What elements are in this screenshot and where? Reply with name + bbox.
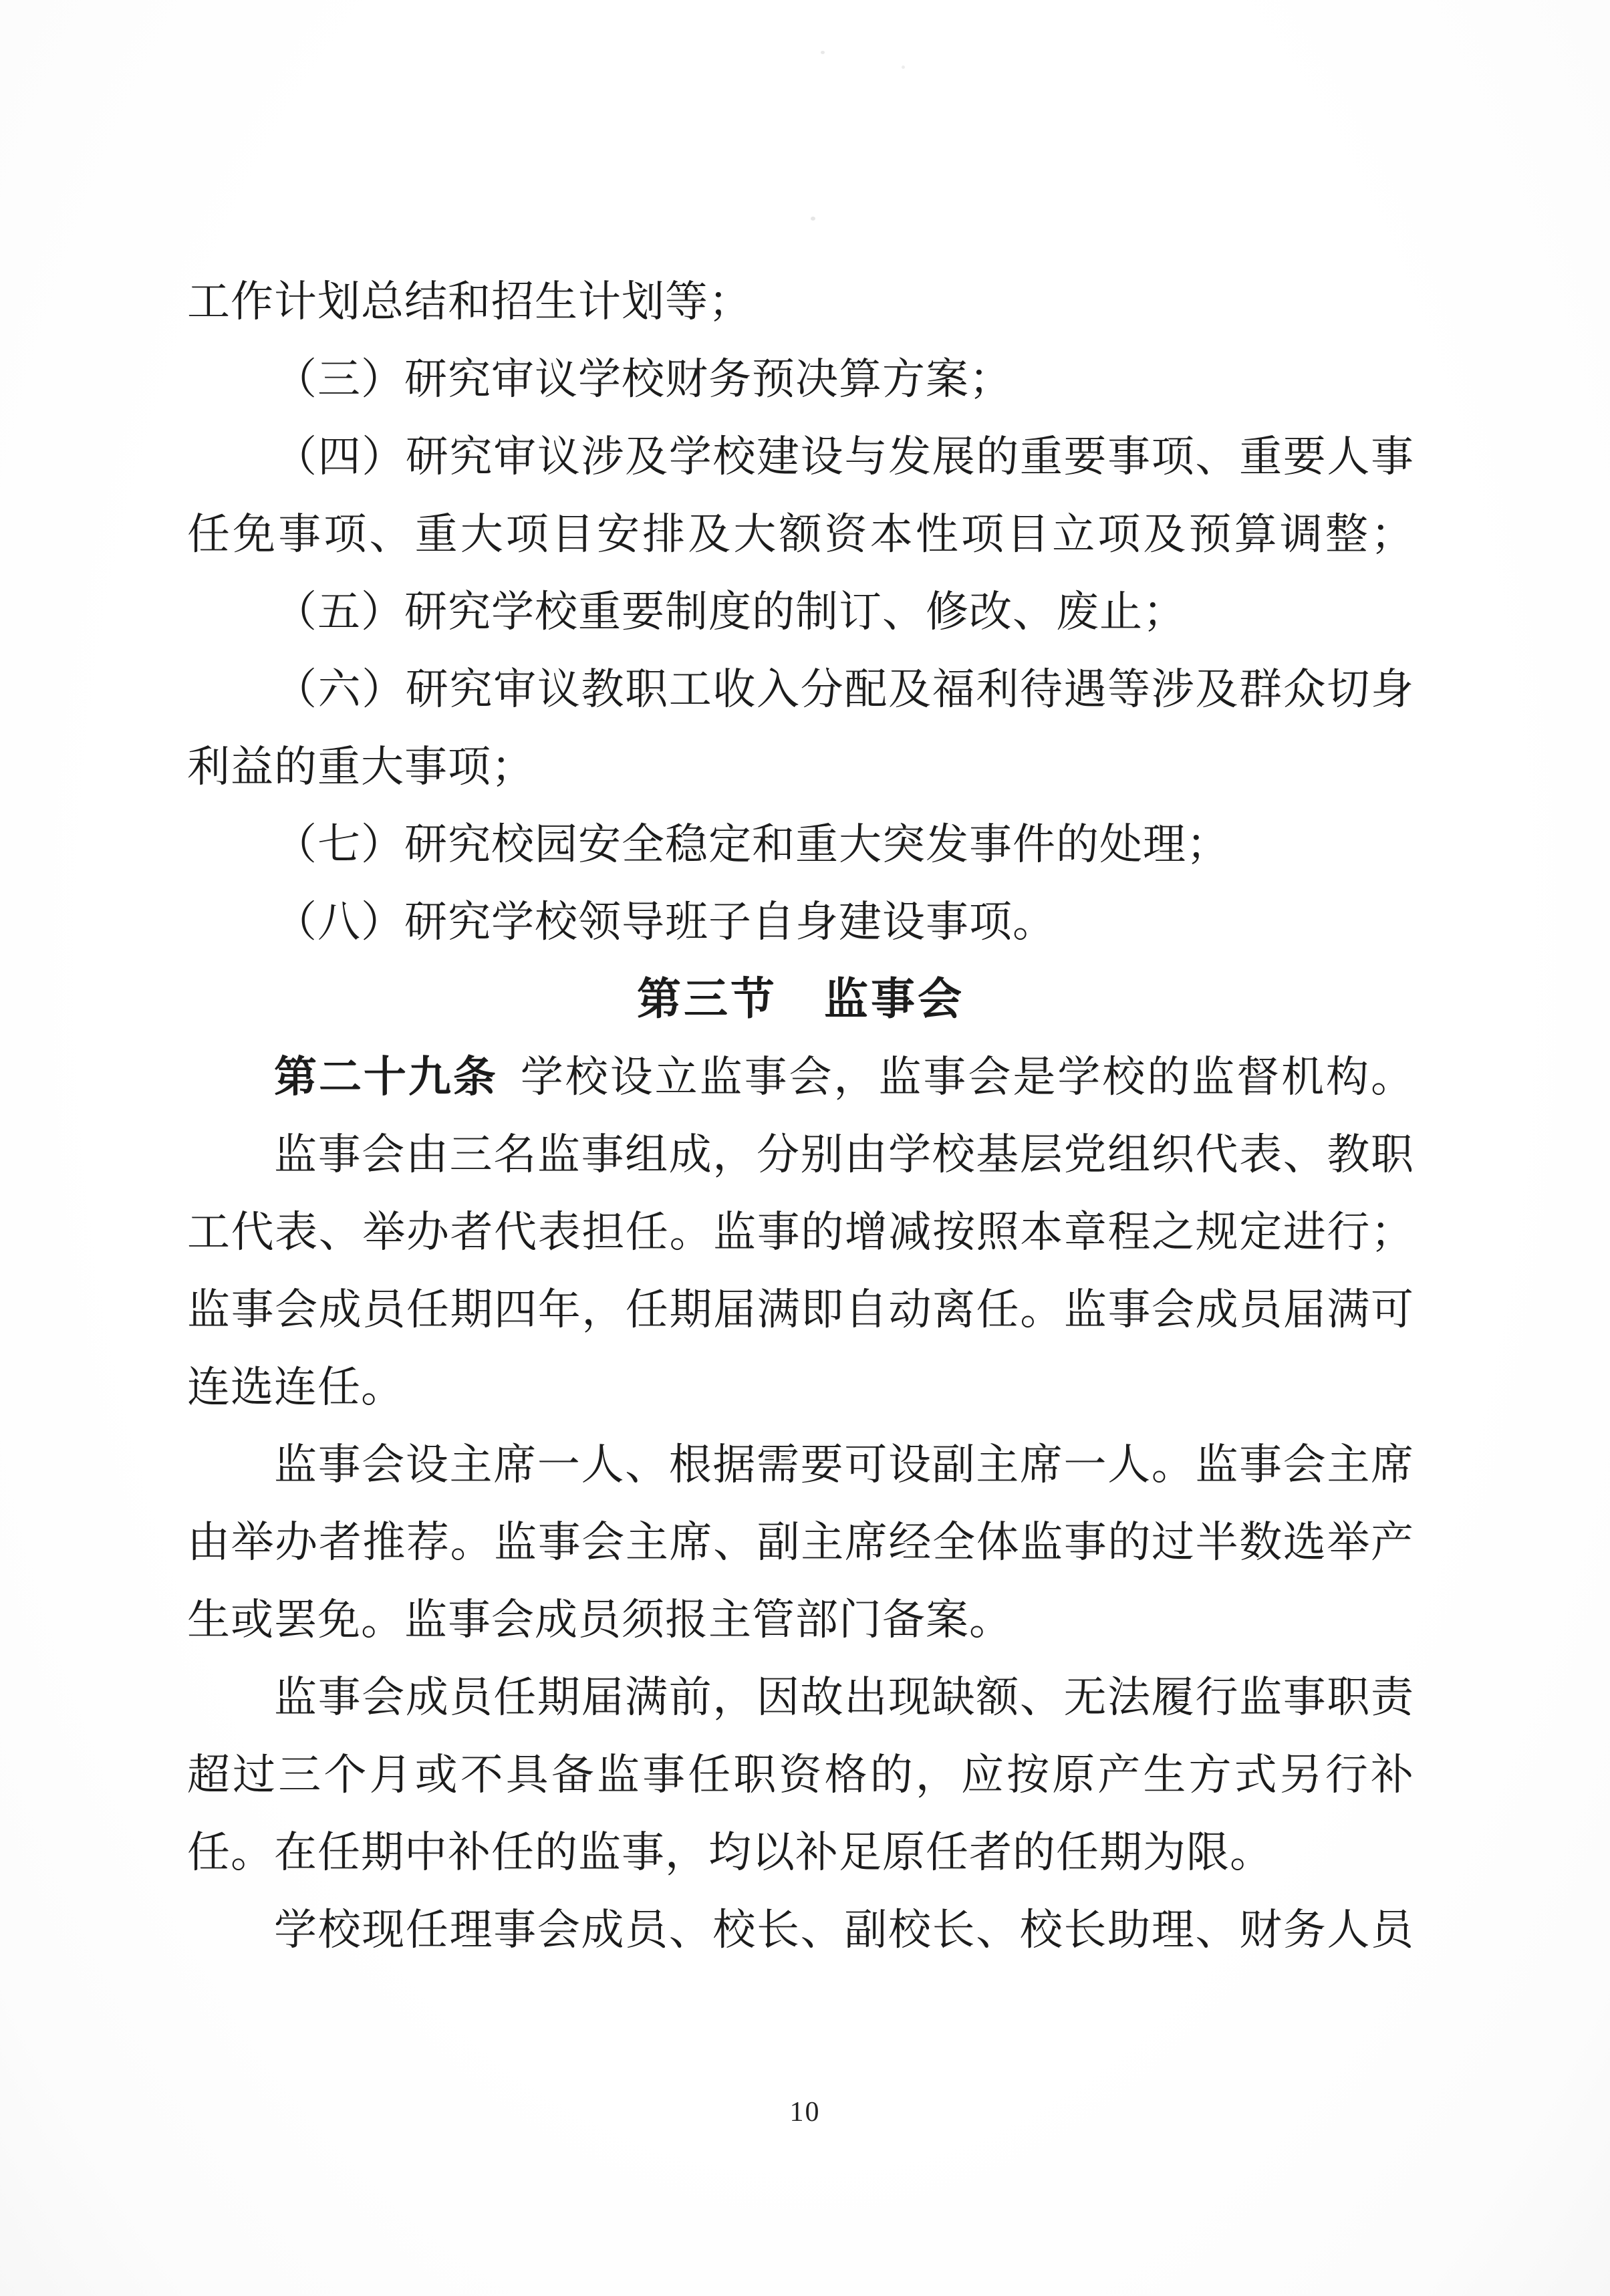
document-body: 工作计划总结和招生计划等； （三）研究审议学校财务预决算方案； （四）研究审议涉…	[187, 263, 1414, 1969]
body-line-12: 监事会由三名监事组成，分别由学校基层党组织代表、教职	[187, 1116, 1414, 1194]
body-line-15: 连选连任。	[187, 1349, 1414, 1426]
page-number: 10	[0, 2096, 1610, 2128]
body-line-18: 生或罢免。监事会成员须报主管部门备案。	[187, 1581, 1414, 1659]
scan-speck	[902, 66, 905, 69]
body-line-20: 超过三个月或不具备监事任职资格的，应按原产生方式另行补	[187, 1737, 1414, 1814]
body-line-9: （八）研究学校领导班子自身建设事项。	[187, 884, 1414, 961]
body-line-21: 任。在任期中补任的监事，均以补足原任者的任期为限。	[187, 1814, 1414, 1892]
body-line-14: 监事会成员任期四年，任期届满即自动离任。监事会成员届满可	[187, 1271, 1414, 1349]
body-line-7: 利益的重大事项；	[187, 729, 1414, 806]
body-line-13: 工代表、举办者代表担任。监事的增减按照本章程之规定进行；	[187, 1194, 1414, 1271]
body-line-22: 学校现任理事会成员、校长、副校长、校长助理、财务人员	[187, 1892, 1414, 1969]
body-line-16: 监事会设主席一人、根据需要可设副主席一人。监事会主席	[187, 1426, 1414, 1504]
section-heading: 第三节 监事会	[187, 961, 1414, 1039]
article-text: 学校设立监事会，监事会是学校的监督机构。	[521, 1053, 1414, 1101]
scan-speck	[821, 51, 825, 54]
body-line-19: 监事会成员任期届满前，因故出现缺额、无法履行监事职责	[187, 1659, 1414, 1737]
body-line-2: （三）研究审议学校财务预决算方案；	[187, 341, 1414, 418]
body-line-6: （六）研究审议教职工收入分配及福利待遇等涉及群众切身	[187, 651, 1414, 729]
body-line-17: 由举办者推荐。监事会主席、副主席经全体监事的过半数选举产	[187, 1504, 1414, 1581]
document-page: 工作计划总结和招生计划等； （三）研究审议学校财务预决算方案； （四）研究审议涉…	[0, 0, 1610, 2296]
body-line-5: （五）研究学校重要制度的制订、修改、废止；	[187, 573, 1414, 651]
body-line-1: 工作计划总结和招生计划等；	[187, 263, 1414, 341]
scan-speck	[811, 217, 815, 221]
body-line-8: （七）研究校园安全稳定和重大突发事件的处理；	[187, 806, 1414, 884]
body-line-4: 任免事项、重大项目安排及大额资本性项目立项及预算调整；	[187, 496, 1414, 573]
body-line-3: （四）研究审议涉及学校建设与发展的重要事项、重要人事	[187, 418, 1414, 496]
article-number: 第二十九条	[274, 1053, 498, 1101]
article-line: 第二十九条学校设立监事会，监事会是学校的监督机构。	[187, 1039, 1414, 1116]
